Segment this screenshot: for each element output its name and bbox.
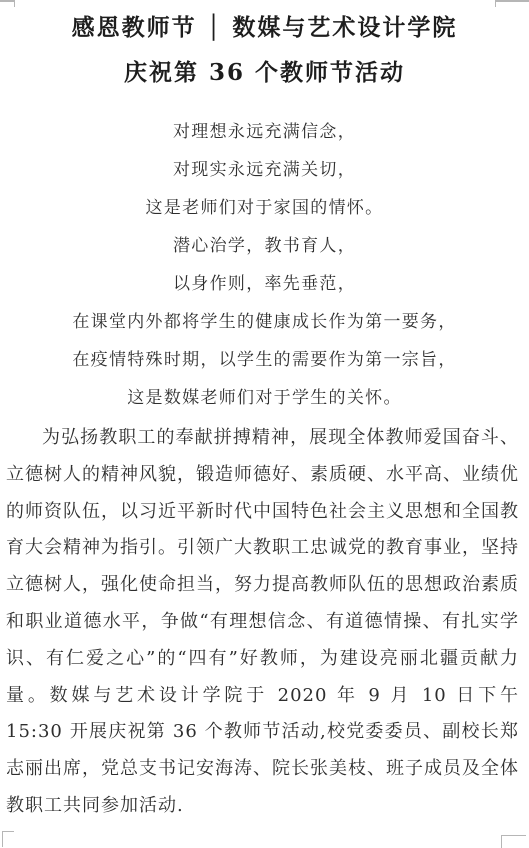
title-line-1: 感恩教师节 │ 数媒与艺术设计学院 <box>0 5 529 50</box>
poem-line: 在疫情特殊时期，以学生的需要作为第一宗旨， <box>0 341 529 379</box>
poem-line: 对理想永远充满信念， <box>0 113 529 151</box>
poem-line: 潜心治学，教书育人， <box>0 227 529 265</box>
poem-line: 以身作则，率先垂范， <box>0 265 529 303</box>
poem-line: 这是数媒老师们对于学生的关怀。 <box>0 379 529 417</box>
poem-block: 对理想永远充满信念， 对现实永远充满关切， 这是老师们对于家国的情怀。 潜心治学… <box>0 113 529 417</box>
poem-line: 对现实永远充满关切， <box>0 151 529 189</box>
poem-line: 这是老师们对于家国的情怀。 <box>0 189 529 227</box>
body-paragraph: 为弘扬教职工的奉献拼搏精神，展现全体教师爱国奋斗、立德树人的精神风貌，锻造师德好… <box>6 420 519 825</box>
document-title: 感恩教师节 │ 数媒与艺术设计学院 庆祝第 36 个教师节活动 <box>0 0 529 95</box>
poem-line: 在课堂内外都将学生的健康成长作为第一要务， <box>0 303 529 341</box>
title-line-2: 庆祝第 36 个教师节活动 <box>0 50 529 95</box>
text-boundary-corner-bottom-left <box>2 831 14 847</box>
document-page: 感恩教师节 │ 数媒与艺术设计学院 庆祝第 36 个教师节活动 对理想永远充满信… <box>0 0 529 848</box>
text-boundary-corner-bottom-right <box>501 835 526 848</box>
